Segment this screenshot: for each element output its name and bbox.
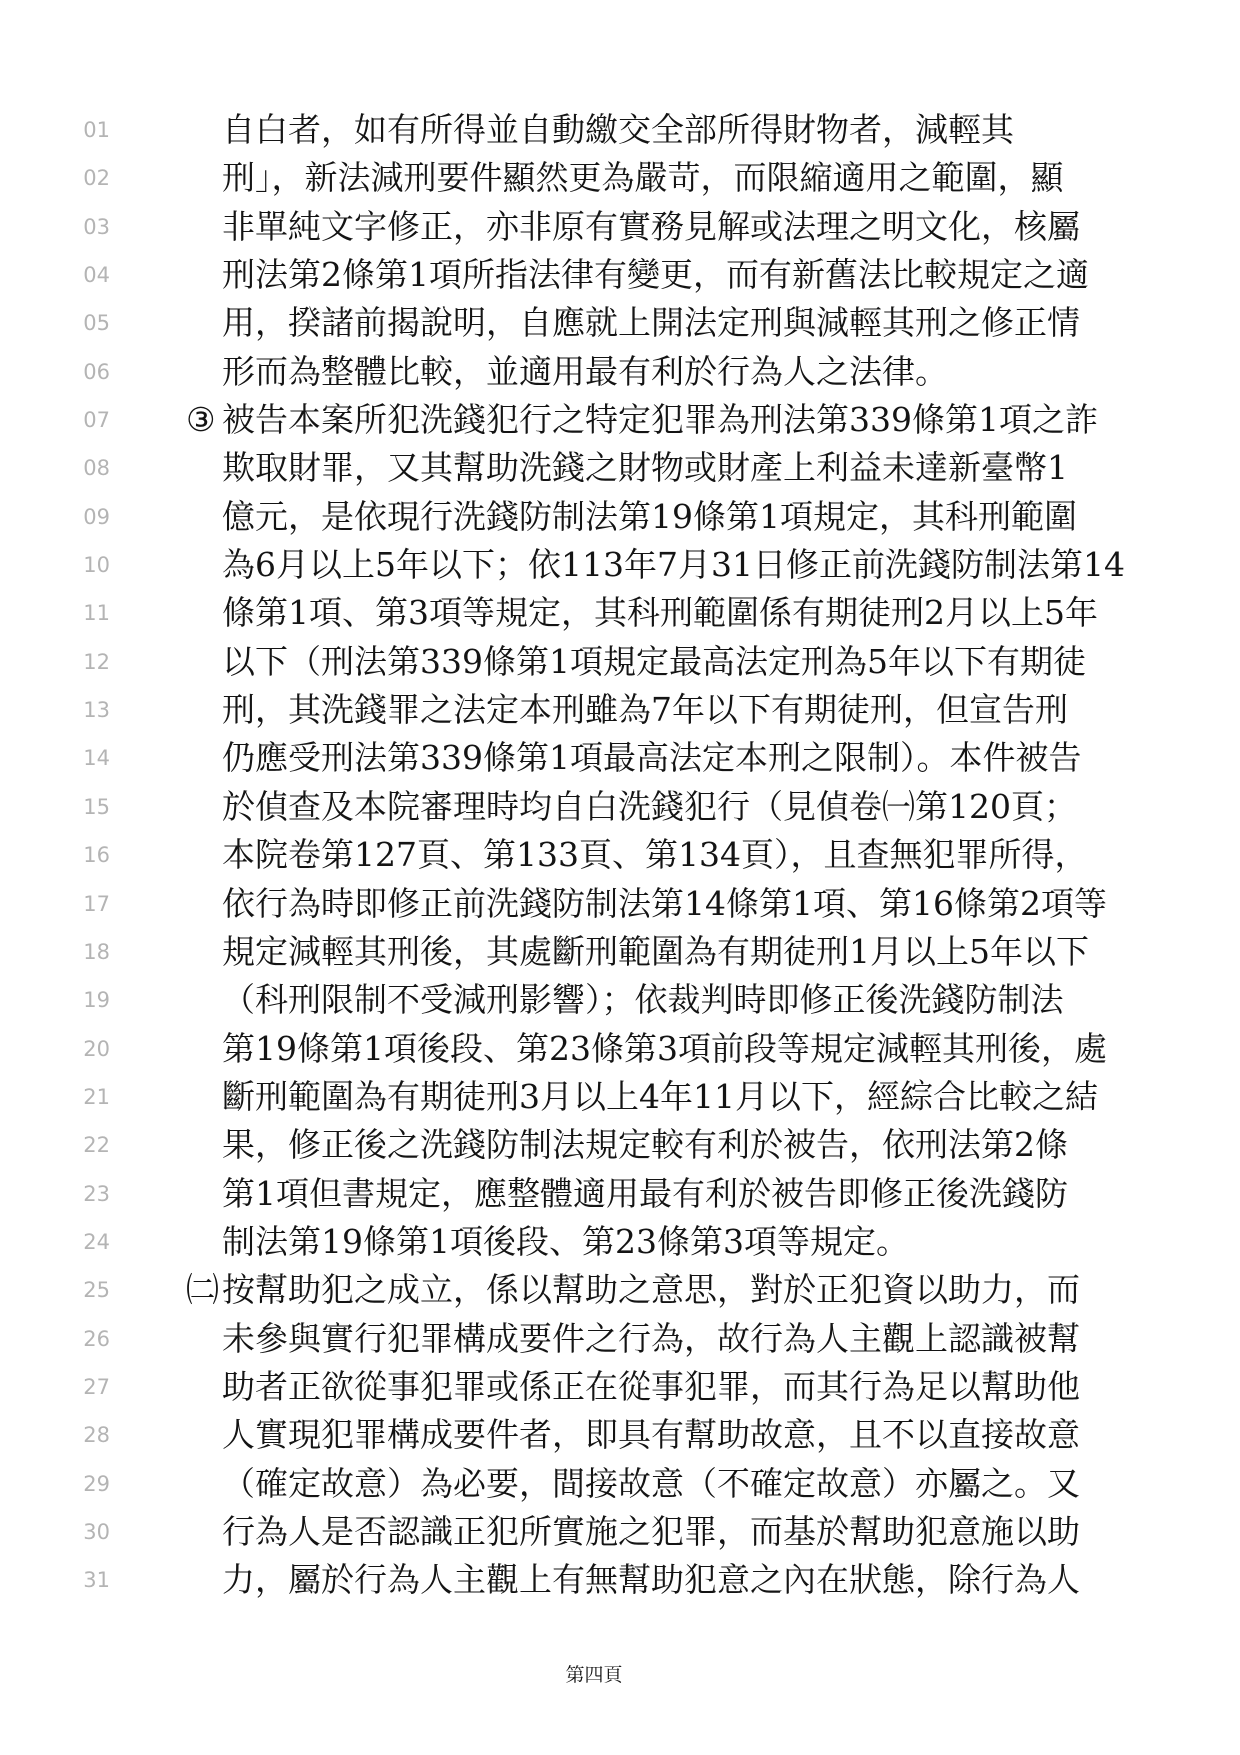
text-line: 05 用，揆諸前揭說明，自應就上開法定刑與減輕其刑之修正情 (0, 299, 1240, 347)
line-text: 形而為整體比較，並適用最有利於行為人之法律。 (222, 348, 948, 396)
text-line: 01 自白者，如有所得並自動繳交全部所得財物者，減輕其 (0, 106, 1240, 154)
line-number: 13 (60, 686, 110, 734)
page-number: 第四頁 (565, 1664, 622, 1686)
line-text: 人實現犯罪構成要件者，即具有幫助故意，且不以直接故意 (222, 1411, 1080, 1459)
line-text: 果，修正後之洗錢防制法規定較有利於被告，依刑法第2條 (222, 1121, 1068, 1169)
line-number: 24 (60, 1218, 110, 1266)
line-number: 17 (60, 880, 110, 928)
line-text: 刑法第2條第1項所指法律有變更，而有新舊法比較規定之適 (222, 251, 1089, 299)
text-line: 23 第1項但書規定，應整體適用最有利於被告即修正後洗錢防 (0, 1170, 1240, 1218)
line-number: 28 (60, 1411, 110, 1459)
document-body: 01 自白者，如有所得並自動繳交全部所得財物者，減輕其 02 刑」，新法減刑要件… (0, 106, 1240, 1605)
line-number: 16 (60, 831, 110, 879)
line-number: 20 (60, 1025, 110, 1073)
line-number: 15 (60, 783, 110, 831)
line-number: 18 (60, 928, 110, 976)
line-text: 為6月以上5年以下；依113年7月31日修正前洗錢防制法第14 (222, 541, 1125, 589)
line-number: 07 (60, 396, 110, 444)
line-text: 未參與實行犯罪構成要件之行為，故行為人主觀上認識被幫 (222, 1315, 1080, 1363)
line-text: 於偵查及本院審理時均自白洗錢犯行（見偵卷㈠第120頁； (222, 783, 1077, 831)
text-line: 07 ③ 被告本案所犯洗錢犯行之特定犯罪為刑法第339條第1項之詐 (0, 396, 1240, 444)
text-line: 21 斷刑範圍為有期徒刑3月以上4年11月以下，經綜合比較之結 (0, 1073, 1240, 1121)
page-footer: 第四頁 (0, 1660, 1188, 1690)
text-line: 19 （科刑限制不受減刑影響）；依裁判時即修正後洗錢防制法 (0, 976, 1240, 1024)
text-line: 09 億元，是依現行洗錢防制法第19條第1項規定，其科刑範圍 (0, 493, 1240, 541)
text-line: 03 非單純文字修正，亦非原有實務見解或法理之明文化，核屬 (0, 203, 1240, 251)
line-text: 條第1項、第3項等規定，其科刑範圍係有期徒刑2月以上5年 (222, 589, 1098, 637)
text-line: 08 欺取財罪，又其幫助洗錢之財物或財產上利益未達新臺幣1 (0, 444, 1240, 492)
line-number: 09 (60, 493, 110, 541)
line-number: 06 (60, 348, 110, 396)
line-number: 02 (60, 154, 110, 202)
line-text: 行為人是否認識正犯所實施之犯罪，而基於幫助犯意施以助 (222, 1508, 1080, 1556)
text-line: 16 本院卷第127頁、第133頁、第134頁），且查無犯罪所得， (0, 831, 1240, 879)
line-text: 被告本案所犯洗錢犯行之特定犯罪為刑法第339條第1項之詐 (222, 396, 1098, 444)
line-text: （科刑限制不受減刑影響）；依裁判時即修正後洗錢防制法 (222, 976, 1064, 1024)
line-text: 依行為時即修正前洗錢防制法第14條第1項、第16條第2項等 (222, 880, 1107, 928)
list-marker: ③ (186, 396, 216, 444)
text-line: 13 刑，其洗錢罪之法定本刑雖為7年以下有期徒刑，但宣告刑 (0, 686, 1240, 734)
line-text: 力，屬於行為人主觀上有無幫助犯意之內在狀態，除行為人 (222, 1556, 1080, 1604)
list-marker: ㈡ (186, 1266, 219, 1314)
text-line: 04 刑法第2條第1項所指法律有變更，而有新舊法比較規定之適 (0, 251, 1240, 299)
line-text: 非單純文字修正，亦非原有實務見解或法理之明文化，核屬 (222, 203, 1080, 251)
line-number: 01 (60, 106, 110, 154)
line-text: 以下（刑法第339條第1項規定最高法定刑為5年以下有期徒 (222, 638, 1086, 686)
text-line: 27 助者正欲從事犯罪或係正在從事犯罪，而其行為足以幫助他 (0, 1363, 1240, 1411)
line-text: 第1項但書規定，應整體適用最有利於被告即修正後洗錢防 (222, 1170, 1068, 1218)
line-number: 25 (60, 1266, 110, 1314)
line-text: 欺取財罪，又其幫助洗錢之財物或財產上利益未達新臺幣1 (222, 444, 1068, 492)
text-line: 18 規定減輕其刑後，其處斷刑範圍為有期徒刑1月以上5年以下 (0, 928, 1240, 976)
text-line: 30 行為人是否認識正犯所實施之犯罪，而基於幫助犯意施以助 (0, 1508, 1240, 1556)
text-line: 14 仍應受刑法第339條第1項最高法定本刑之限制）。本件被告 (0, 734, 1240, 782)
line-number: 21 (60, 1073, 110, 1121)
text-line: 17 依行為時即修正前洗錢防制法第14條第1項、第16條第2項等 (0, 880, 1240, 928)
line-number: 14 (60, 734, 110, 782)
text-line: 29 （確定故意）為必要，間接故意（不確定故意）亦屬之。又 (0, 1460, 1240, 1508)
line-text: 仍應受刑法第339條第1項最高法定本刑之限制）。本件被告 (222, 734, 1081, 782)
line-number: 11 (60, 589, 110, 637)
line-text: 斷刑範圍為有期徒刑3月以上4年11月以下，經綜合比較之結 (222, 1073, 1098, 1121)
line-number: 03 (60, 203, 110, 251)
text-line: 25 ㈡ 按幫助犯之成立，係以幫助之意思，對於正犯資以助力，而 (0, 1266, 1240, 1314)
line-number: 26 (60, 1315, 110, 1363)
text-line: 06 形而為整體比較，並適用最有利於行為人之法律。 (0, 348, 1240, 396)
line-text: 億元，是依現行洗錢防制法第19條第1項規定，其科刑範圍 (222, 493, 1077, 541)
text-line: 12 以下（刑法第339條第1項規定最高法定刑為5年以下有期徒 (0, 638, 1240, 686)
line-text: 刑」，新法減刑要件顯然更為嚴苛，而限縮適用之範圍，顯 (222, 154, 1064, 202)
line-text: 助者正欲從事犯罪或係正在從事犯罪，而其行為足以幫助他 (222, 1363, 1080, 1411)
text-line: 31 力，屬於行為人主觀上有無幫助犯意之內在狀態，除行為人 (0, 1556, 1240, 1604)
line-text: 自白者，如有所得並自動繳交全部所得財物者，減輕其 (222, 106, 1014, 154)
line-text: 制法第19條第1項後段、第23條第3項等規定。 (222, 1218, 909, 1266)
line-number: 04 (60, 251, 110, 299)
text-line: 24 制法第19條第1項後段、第23條第3項等規定。 (0, 1218, 1240, 1266)
text-line: 15 於偵查及本院審理時均自白洗錢犯行（見偵卷㈠第120頁； (0, 783, 1240, 831)
line-number: 19 (60, 976, 110, 1024)
text-line: 28 人實現犯罪構成要件者，即具有幫助故意，且不以直接故意 (0, 1411, 1240, 1459)
line-text: 刑，其洗錢罪之法定本刑雖為7年以下有期徒刑，但宣告刑 (222, 686, 1068, 734)
line-number: 08 (60, 444, 110, 492)
line-number: 12 (60, 638, 110, 686)
text-line: 11 條第1項、第3項等規定，其科刑範圍係有期徒刑2月以上5年 (0, 589, 1240, 637)
line-number: 05 (60, 299, 110, 347)
line-text: 本院卷第127頁、第133頁、第134頁），且查無犯罪所得， (222, 831, 1087, 879)
line-text: 按幫助犯之成立，係以幫助之意思，對於正犯資以助力，而 (222, 1266, 1080, 1314)
text-line: 22 果，修正後之洗錢防制法規定較有利於被告，依刑法第2條 (0, 1121, 1240, 1169)
document-page: 01 自白者，如有所得並自動繳交全部所得財物者，減輕其 02 刑」，新法減刑要件… (0, 0, 1240, 1755)
line-number: 23 (60, 1170, 110, 1218)
text-line: 26 未參與實行犯罪構成要件之行為，故行為人主觀上認識被幫 (0, 1315, 1240, 1363)
line-number: 10 (60, 541, 110, 589)
line-number: 27 (60, 1363, 110, 1411)
text-line: 20 第19條第1項後段、第23條第3項前段等規定減輕其刑後，處 (0, 1025, 1240, 1073)
line-number: 29 (60, 1460, 110, 1508)
line-text: （確定故意）為必要，間接故意（不確定故意）亦屬之。又 (222, 1460, 1080, 1508)
line-text: 第19條第1項後段、第23條第3項前段等規定減輕其刑後，處 (222, 1025, 1107, 1073)
line-number: 30 (60, 1508, 110, 1556)
text-line: 10 為6月以上5年以下；依113年7月31日修正前洗錢防制法第14 (0, 541, 1240, 589)
line-number: 22 (60, 1121, 110, 1169)
text-line: 02 刑」，新法減刑要件顯然更為嚴苛，而限縮適用之範圍，顯 (0, 154, 1240, 202)
line-number: 31 (60, 1556, 110, 1604)
line-text: 規定減輕其刑後，其處斷刑範圍為有期徒刑1月以上5年以下 (222, 928, 1089, 976)
line-text: 用，揆諸前揭說明，自應就上開法定刑與減輕其刑之修正情 (222, 299, 1080, 347)
